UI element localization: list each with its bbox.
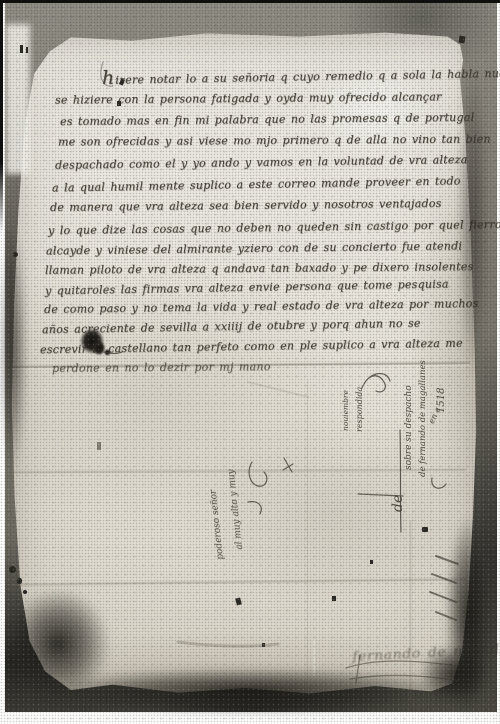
bracket-bar [358,494,403,496]
edge-hatch-marks [430,556,458,620]
docket-flourish [432,478,446,488]
address-cross-mark [283,458,293,472]
ink-blot-tail [104,352,122,354]
left-border-line [0,0,3,232]
flourish-strokes [0,0,500,724]
opening-flourish [101,62,113,86]
address-monogram [248,462,267,514]
facsimile-page: hizere notar lo a su señoria q cuyo reme… [0,0,500,724]
signature-flourish [346,655,458,683]
photo-scene: hizere notar lo a su señoria q cuyo reme… [0,0,500,724]
ghost-text-smudge [178,642,278,646]
bracket-line [400,430,401,532]
rubric-flourish [362,374,390,392]
top-border-line [0,0,500,3]
